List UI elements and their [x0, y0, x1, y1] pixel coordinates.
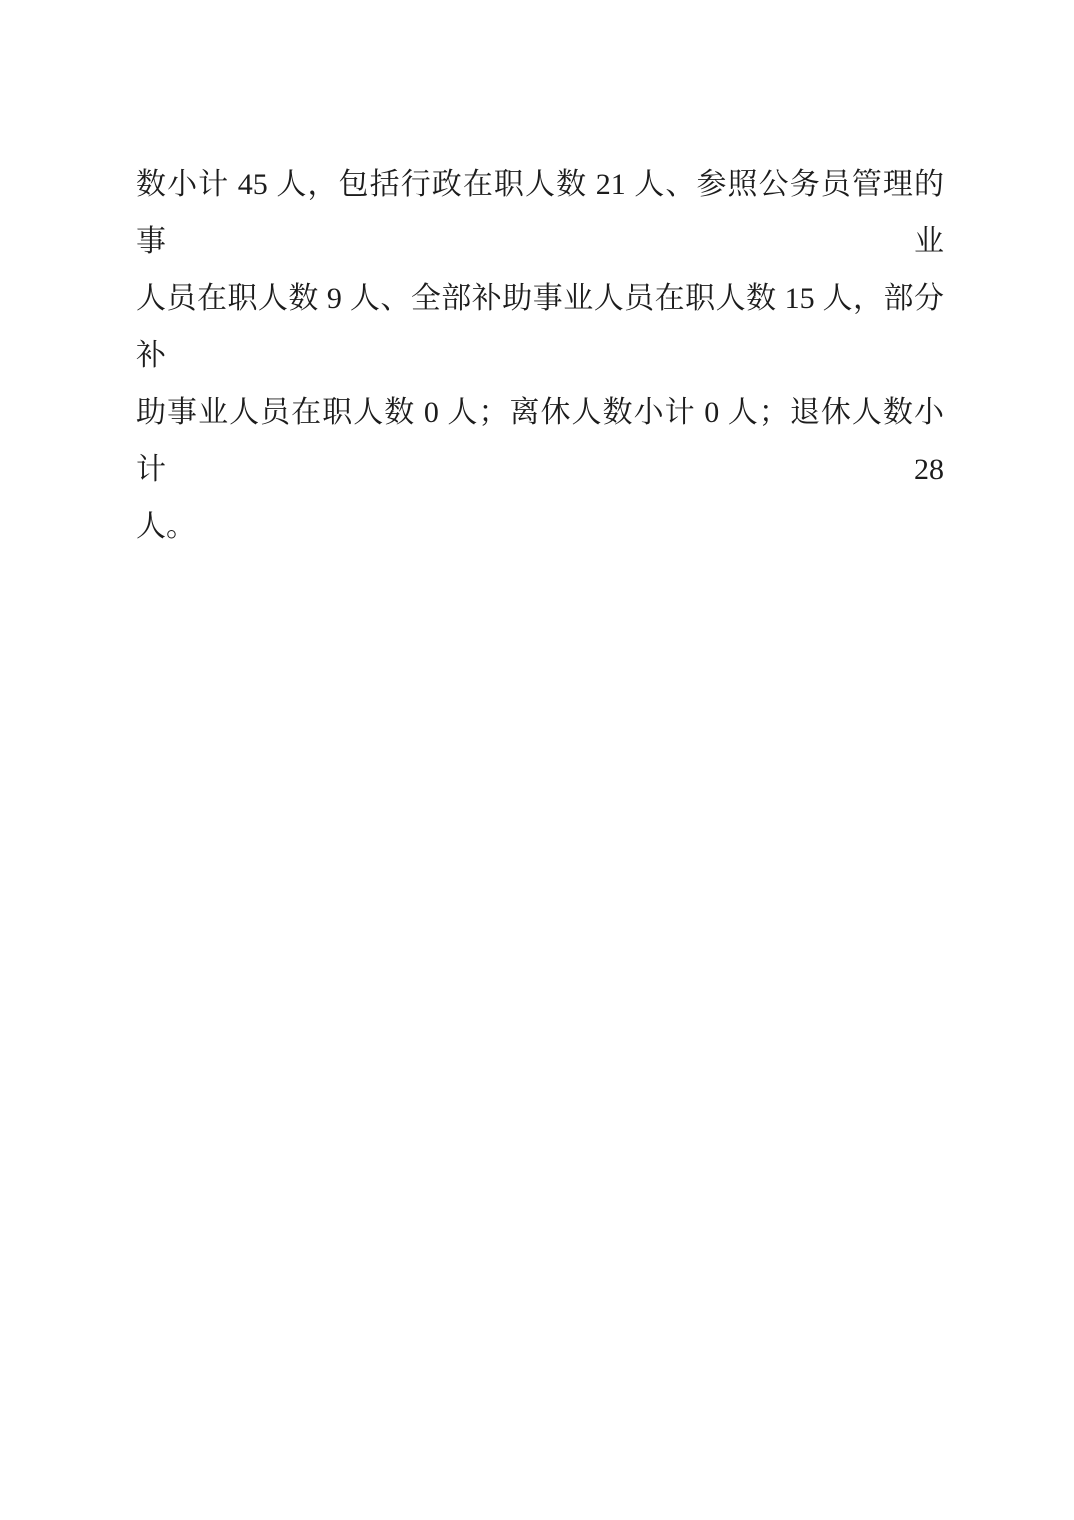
text-line-2: 人员在职人数 9 人、全部补助事业人员在职人数 15 人，部分补: [136, 270, 944, 384]
text-line-3: 助事业人员在职人数 0 人；离休人数小计 0 人；退休人数小计 28: [136, 384, 944, 498]
text-line-1: 数小计 45 人，包括行政在职人数 21 人、参照公务员管理的事业: [136, 156, 944, 270]
document-page: 数小计 45 人，包括行政在职人数 21 人、参照公务员管理的事业 人员在职人数…: [0, 0, 1074, 1520]
text-line-4: 人。: [136, 498, 944, 555]
body-paragraph: 数小计 45 人，包括行政在职人数 21 人、参照公务员管理的事业 人员在职人数…: [136, 156, 944, 555]
